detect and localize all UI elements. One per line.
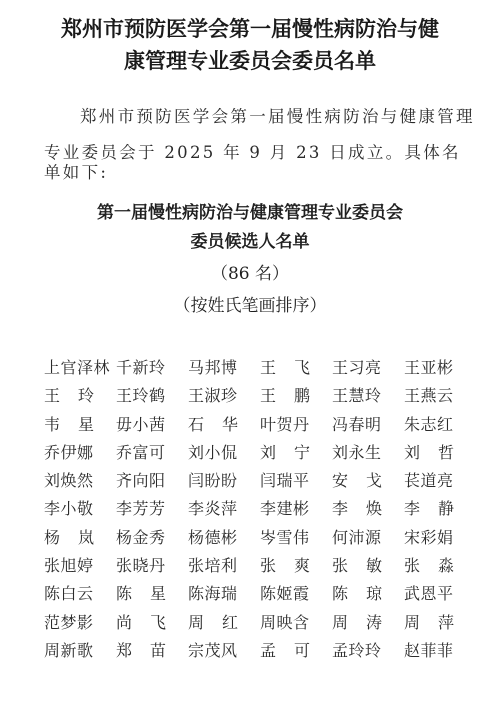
name-list: 上官泽林千新玲马邦博王飞王习亮王亚彬王玲王玲鹤王淑珍王鹏王慧玲王燕云韦星毋小茜石… xyxy=(44,357,476,668)
list-item: 马邦博 xyxy=(188,357,260,385)
intro-paragraph-line-2: 专业委员会于 2025 年 9 月 23 日成立。具体名单如下: xyxy=(44,143,474,183)
list-item: 刘永生 xyxy=(332,442,404,470)
list-item: 王玲鹤 xyxy=(116,385,188,413)
name-char: 玲 xyxy=(78,385,94,413)
name-char: 郑 xyxy=(116,640,132,668)
list-item: 武恩平 xyxy=(404,583,476,611)
name-char: 萍 xyxy=(438,612,454,640)
list-item: 王玲 xyxy=(44,385,94,413)
list-item: 乔富可 xyxy=(116,442,188,470)
list-item: 安戈 xyxy=(332,470,382,498)
list-item: 李焕 xyxy=(332,498,382,526)
name-char: 陈 xyxy=(332,583,348,611)
name-char: 韦 xyxy=(44,414,60,442)
name-char: 李 xyxy=(332,498,348,526)
list-item: 王燕云 xyxy=(404,385,476,413)
list-title-line-2: 委员候选人名单 xyxy=(0,231,500,253)
name-char: 陈 xyxy=(116,583,132,611)
name-char: 刘 xyxy=(260,442,276,470)
list-item: 周新歌 xyxy=(44,640,116,668)
list-item: 周萍 xyxy=(404,612,454,640)
intro-paragraph-line-1: 郑州市预防医学会第一届慢性病防治与健康管理 xyxy=(80,107,500,127)
list-item: 杨德彬 xyxy=(188,527,260,555)
list-item: 李小敬 xyxy=(44,498,116,526)
name-char: 华 xyxy=(222,414,238,442)
name-char: 周 xyxy=(404,612,420,640)
list-item: 孟玲玲 xyxy=(332,640,404,668)
list-item: 杨金秀 xyxy=(116,527,188,555)
list-item: 周映含 xyxy=(260,612,332,640)
name-char: 可 xyxy=(294,640,310,668)
name-char: 王 xyxy=(260,385,276,413)
list-item: 韦星 xyxy=(44,414,94,442)
list-item: 闫盼盼 xyxy=(188,470,260,498)
list-item: 王慧玲 xyxy=(332,385,404,413)
name-char: 戈 xyxy=(366,470,382,498)
list-item: 杨岚 xyxy=(44,527,94,555)
name-char: 星 xyxy=(150,583,166,611)
name-char: 杨 xyxy=(44,527,60,555)
name-char: 焕 xyxy=(366,498,382,526)
list-item: 王淑珍 xyxy=(188,385,260,413)
list-item: 王鹏 xyxy=(260,385,310,413)
name-char: 涛 xyxy=(366,612,382,640)
list-title-line-1: 第一届慢性病防治与健康管理专业委员会 xyxy=(0,202,500,224)
list-item: 张爽 xyxy=(260,555,310,583)
name-char: 飞 xyxy=(150,612,166,640)
list-item: 张敏 xyxy=(332,555,382,583)
list-item: 刘焕然 xyxy=(44,470,116,498)
list-item: 张旭婷 xyxy=(44,555,116,583)
name-char: 张 xyxy=(260,555,276,583)
name-char: 李 xyxy=(404,498,420,526)
list-item: 张晓丹 xyxy=(116,555,188,583)
list-item: 齐向阳 xyxy=(116,470,188,498)
list-item: 石华 xyxy=(188,414,238,442)
name-char: 宁 xyxy=(294,442,310,470)
name-char: 敏 xyxy=(366,555,382,583)
name-char: 鹏 xyxy=(294,385,310,413)
list-item: 苌道亮 xyxy=(404,470,476,498)
list-item: 周红 xyxy=(188,612,238,640)
list-item: 李建彬 xyxy=(260,498,332,526)
list-item: 毋小茜 xyxy=(116,414,188,442)
sort-note: （按姓氏笔画排序） xyxy=(0,295,500,317)
name-char: 张 xyxy=(332,555,348,583)
list-item: 千新玲 xyxy=(116,357,188,385)
name-char: 周 xyxy=(188,612,204,640)
list-item: 陈姬霞 xyxy=(260,583,332,611)
document-title-line-1: 郑州市预防医学会第一届慢性病防治与健 xyxy=(0,14,500,44)
list-item: 岑雪伟 xyxy=(260,527,332,555)
list-item: 刘宁 xyxy=(260,442,310,470)
list-item: 尚飞 xyxy=(116,612,166,640)
name-char: 安 xyxy=(332,470,348,498)
name-char: 飞 xyxy=(294,357,310,385)
list-item: 李炎萍 xyxy=(188,498,260,526)
list-item: 李静 xyxy=(404,498,454,526)
list-item: 王习亮 xyxy=(332,357,404,385)
list-item: 上官泽林 xyxy=(44,357,116,385)
list-item: 乔伊娜 xyxy=(44,442,116,470)
member-count: （86 名） xyxy=(0,263,500,285)
list-item: 宋彩娟 xyxy=(404,527,476,555)
list-item: 赵菲菲 xyxy=(404,640,476,668)
name-char: 周 xyxy=(332,612,348,640)
name-char: 尚 xyxy=(116,612,132,640)
document-title-line-2: 康管理专业委员会委员名单 xyxy=(0,46,500,76)
list-item: 宗茂风 xyxy=(188,640,260,668)
list-item: 刘哲 xyxy=(404,442,454,470)
list-item: 李芳芳 xyxy=(116,498,188,526)
list-item: 范梦影 xyxy=(44,612,116,640)
name-char: 岚 xyxy=(78,527,94,555)
name-char: 孟 xyxy=(260,640,276,668)
name-char: 哲 xyxy=(438,442,454,470)
list-item: 郑苗 xyxy=(116,640,166,668)
name-char: 苗 xyxy=(150,640,166,668)
list-item: 叶贺丹 xyxy=(260,414,332,442)
name-char: 红 xyxy=(222,612,238,640)
list-item: 张淼 xyxy=(404,555,454,583)
name-char: 爽 xyxy=(294,555,310,583)
list-item: 陈白云 xyxy=(44,583,116,611)
list-item: 周涛 xyxy=(332,612,382,640)
list-item: 王亚彬 xyxy=(404,357,476,385)
name-char: 琼 xyxy=(366,583,382,611)
name-char: 静 xyxy=(438,498,454,526)
list-item: 陈海瑞 xyxy=(188,583,260,611)
list-item: 王飞 xyxy=(260,357,310,385)
name-char: 星 xyxy=(78,414,94,442)
list-item: 孟可 xyxy=(260,640,310,668)
list-item: 何沛源 xyxy=(332,527,404,555)
list-item: 陈琼 xyxy=(332,583,382,611)
list-item: 闫瑞平 xyxy=(260,470,332,498)
name-char: 王 xyxy=(260,357,276,385)
name-char: 王 xyxy=(44,385,60,413)
name-char: 刘 xyxy=(404,442,420,470)
list-item: 冯春明 xyxy=(332,414,404,442)
list-item: 刘小侃 xyxy=(188,442,260,470)
list-item: 陈星 xyxy=(116,583,166,611)
list-item: 张培利 xyxy=(188,555,260,583)
name-char: 张 xyxy=(404,555,420,583)
name-char: 石 xyxy=(188,414,204,442)
list-item: 朱志红 xyxy=(404,414,476,442)
name-char: 淼 xyxy=(438,555,454,583)
